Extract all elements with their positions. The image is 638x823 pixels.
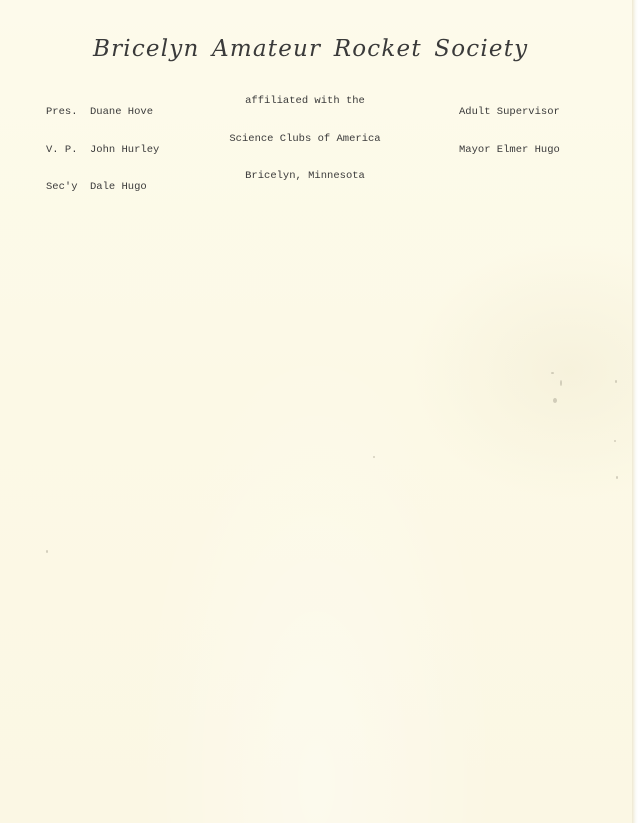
officer-title: V. P. bbox=[46, 144, 90, 157]
organization-title: Bricelyn Amateur Rocket Society bbox=[93, 36, 493, 62]
paper-speck bbox=[373, 456, 375, 458]
paper-speck bbox=[615, 380, 617, 383]
paper-speck bbox=[560, 380, 562, 386]
supervisor-role: Adult Supervisor bbox=[459, 106, 560, 119]
officers-list: Pres. Duane Hove V. P. John Hurley Sec'y… bbox=[46, 81, 159, 219]
officer-row: V. P. John Hurley bbox=[46, 144, 159, 157]
officer-name: John Hurley bbox=[90, 144, 159, 157]
affiliation-block: affiliated with the Science Clubs of Ame… bbox=[200, 70, 410, 208]
paper-edge bbox=[632, 0, 638, 823]
affiliation-line-3: Bricelyn, Minnesota bbox=[200, 170, 410, 183]
officer-name: Dale Hugo bbox=[90, 181, 147, 194]
officer-row: Pres. Duane Hove bbox=[46, 106, 159, 119]
officer-title: Sec'y bbox=[46, 181, 90, 194]
supervisor-block: Adult Supervisor Mayor Elmer Hugo bbox=[459, 81, 560, 181]
paper-speck bbox=[46, 550, 48, 553]
affiliation-line-2: Science Clubs of America bbox=[200, 133, 410, 146]
paper-speck bbox=[553, 398, 557, 403]
paper-speck bbox=[614, 440, 616, 442]
paper-speck bbox=[551, 372, 554, 374]
officer-name: Duane Hove bbox=[90, 106, 153, 119]
paper-speck bbox=[616, 476, 618, 479]
officer-title: Pres. bbox=[46, 106, 90, 119]
letterhead-page: Bricelyn Amateur Rocket Society affiliat… bbox=[0, 0, 633, 823]
supervisor-name: Mayor Elmer Hugo bbox=[459, 144, 560, 157]
officer-row: Sec'y Dale Hugo bbox=[46, 181, 159, 194]
affiliation-line-1: affiliated with the bbox=[200, 95, 410, 108]
